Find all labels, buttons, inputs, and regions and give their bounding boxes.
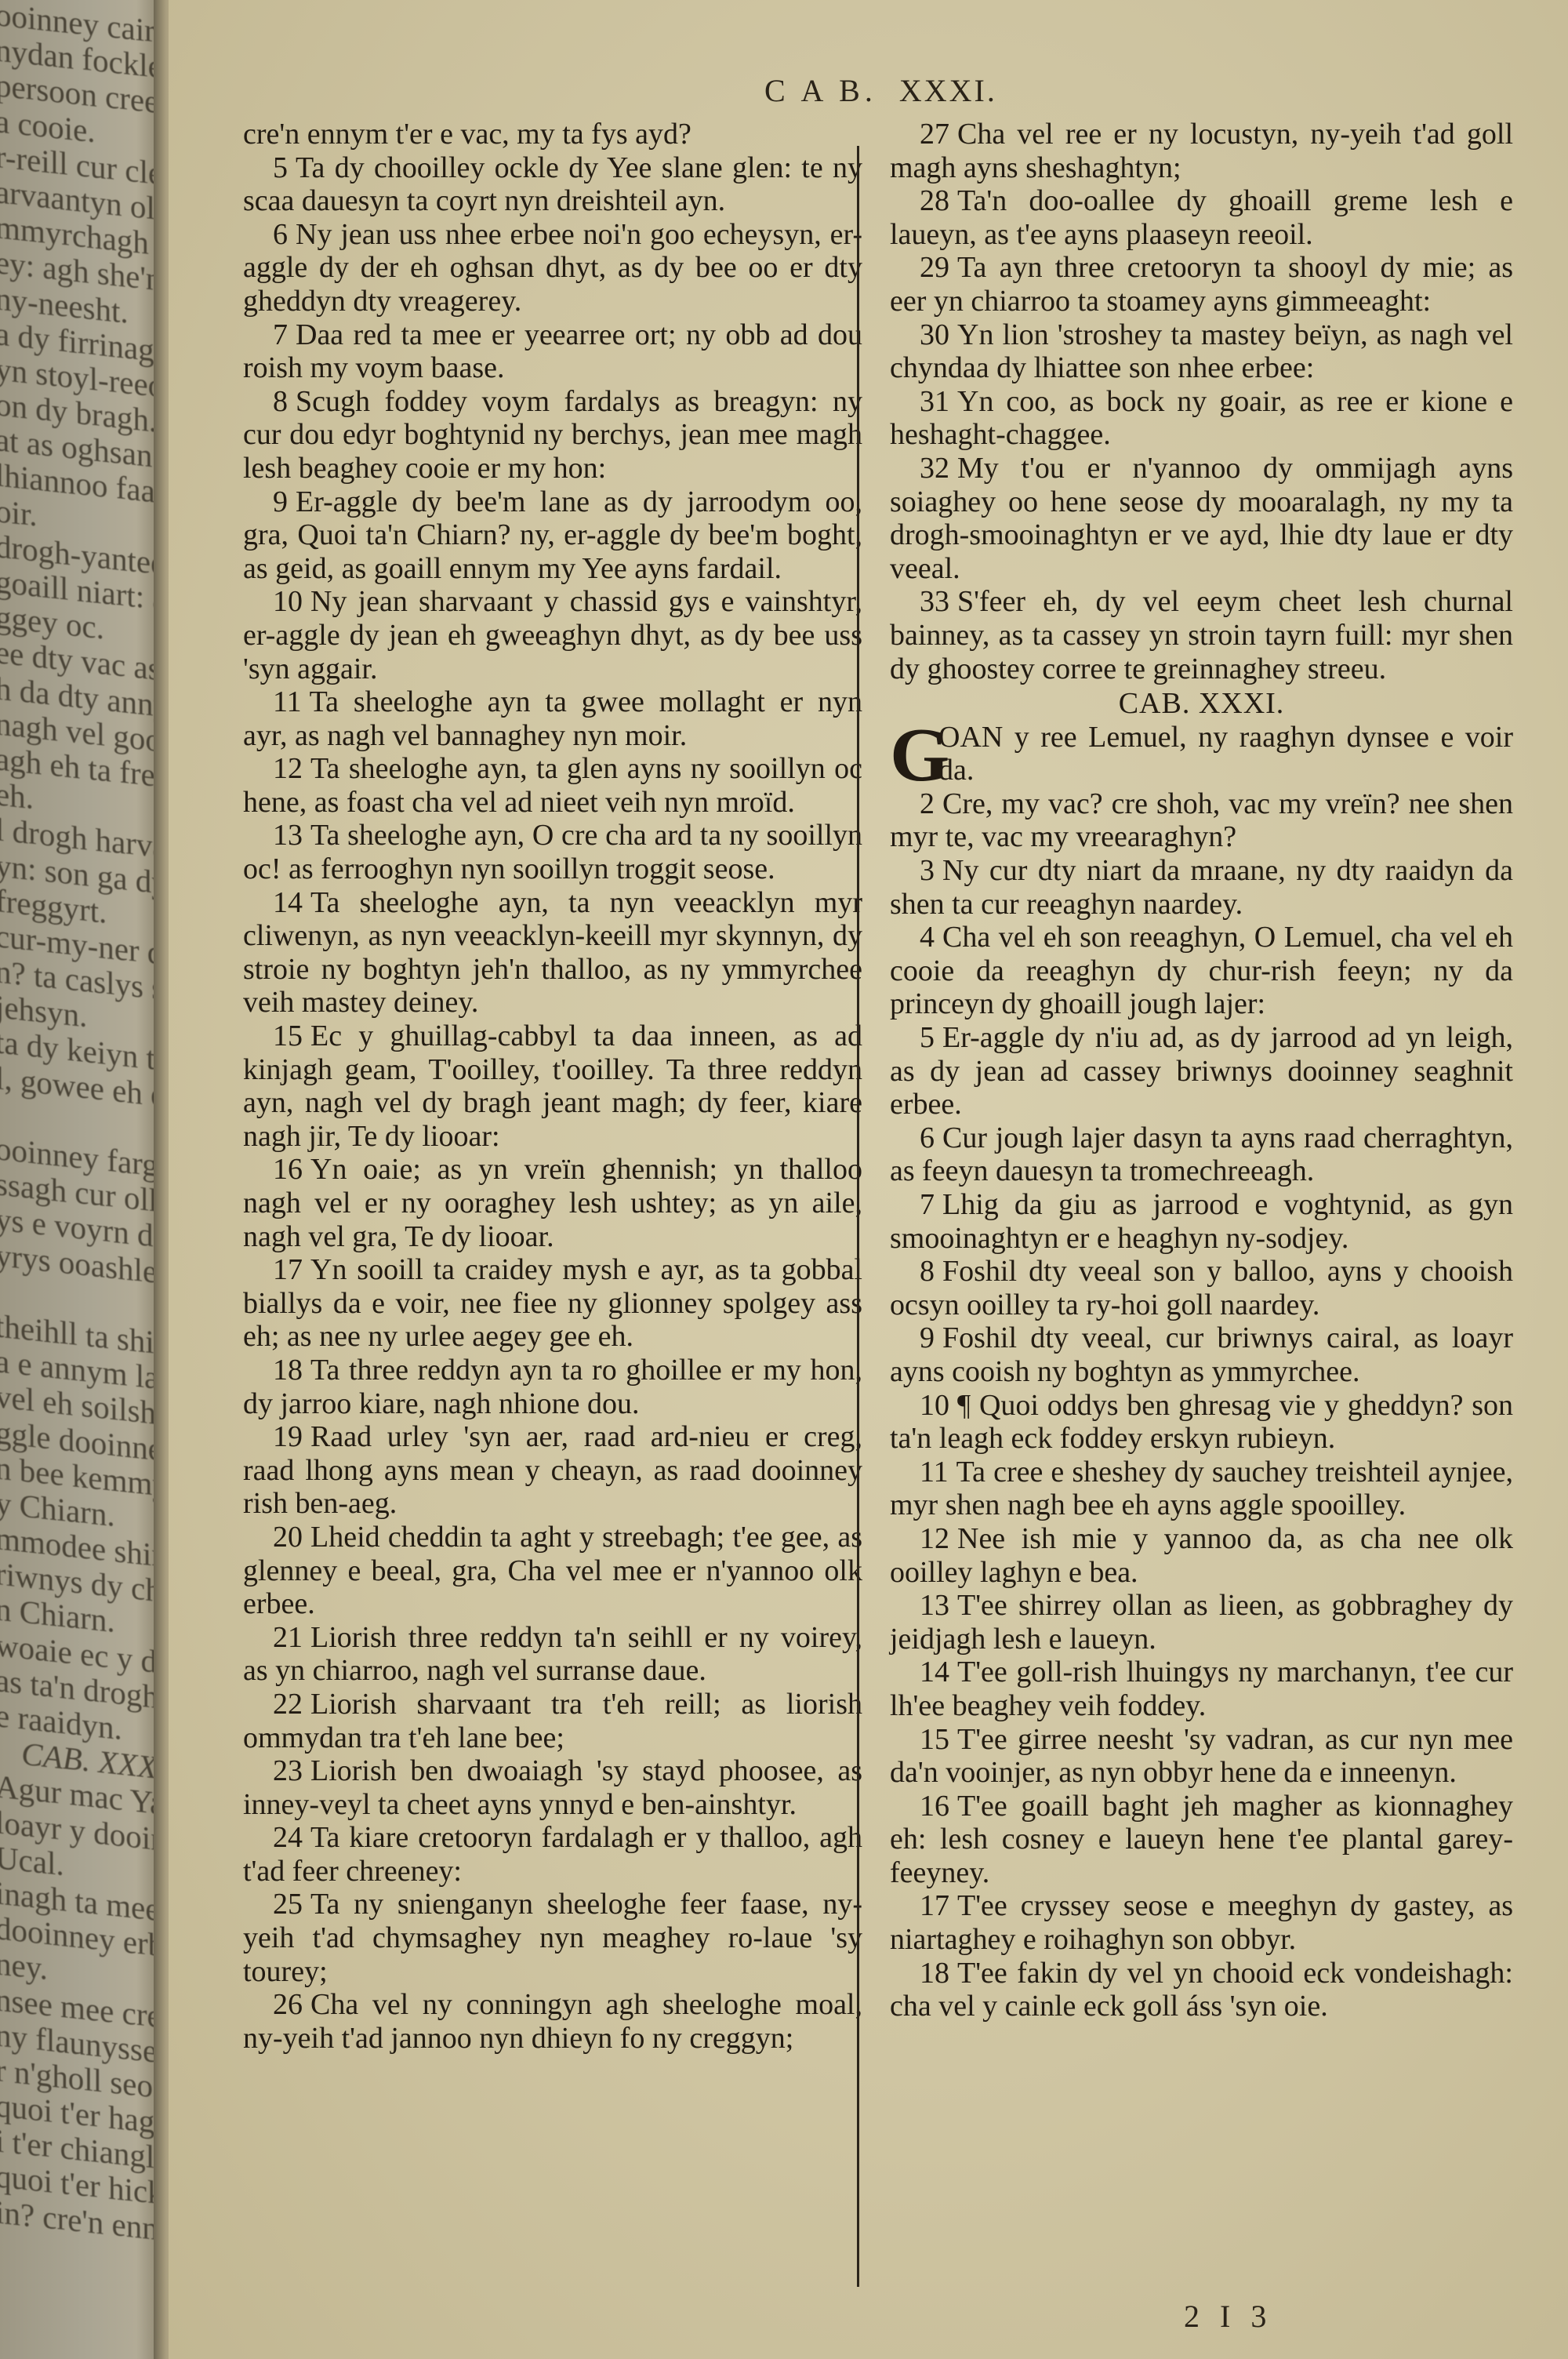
verse-text: T'ee girree neesht 'sy vadran, as cur ny… bbox=[890, 1723, 1513, 1790]
verse-text: Ta kiare cretooryn fardalagh er y thallo… bbox=[243, 1821, 862, 1888]
verse: 21Liorish three reddyn ta'n seihll er ny… bbox=[243, 1621, 862, 1688]
verse-number: 10 bbox=[273, 585, 303, 618]
verse-number: 31 bbox=[920, 385, 949, 418]
verse-number: 32 bbox=[920, 452, 949, 485]
facing-page-text: ooinney cairal shnydan fockley magh ooil… bbox=[0, 0, 161, 2248]
verse: 17Yn sooill ta craidey mysh e ayr, as ta… bbox=[243, 1253, 862, 1354]
verse-text: T'ee fakin dy vel yn chooid eck vondeish… bbox=[890, 1957, 1513, 2023]
verse: 6Ny jean uss nhee erbee noi'n goo echeys… bbox=[243, 218, 862, 318]
verse: 27Cha vel ree er ny locustyn, ny-yeih t'… bbox=[890, 118, 1513, 184]
verse-text: Yn lion 'stroshey ta mastey beïyn, as na… bbox=[890, 318, 1513, 385]
verse-text: T'ee goll-rish lhuingys ny marchanyn, t'… bbox=[890, 1656, 1513, 1722]
verse-number: 29 bbox=[920, 251, 949, 284]
verse: 12Nee ish mie y yannoo da, as cha nee ol… bbox=[890, 1522, 1513, 1589]
verse: 14Ta sheeloghe ayn, ta nyn veeacklyn myr… bbox=[243, 886, 862, 1020]
verse-number: 20 bbox=[273, 1521, 303, 1554]
verse-number: 14 bbox=[920, 1656, 949, 1688]
verse-number: 17 bbox=[920, 1889, 949, 1922]
verse-text: Daa red ta mee er yeearree ort; ny obb a… bbox=[243, 318, 862, 385]
verse: 9Foshil dty veeal, cur briwnys cairal, a… bbox=[890, 1321, 1513, 1388]
verse: 7Lhig da giu as jarrood e voghtynid, as … bbox=[890, 1188, 1513, 1255]
verse-text: T'ee shirrey ollan as lieen, as gobbragh… bbox=[890, 1589, 1513, 1656]
verse: 23Liorish ben dwoaiagh 'sy stayd phoosee… bbox=[243, 1754, 862, 1821]
verse: 18Ta three reddyn ayn ta ro ghoillee er … bbox=[243, 1354, 862, 1420]
verse-number: 23 bbox=[273, 1754, 303, 1787]
verse-text: Cre, my vac? cre shoh, vac my vreïn? nee… bbox=[890, 787, 1513, 854]
verse-number: 3 bbox=[920, 854, 935, 887]
verse-number: 9 bbox=[920, 1321, 935, 1354]
verse: 3Ny cur dty niart da mraane, ny dty raai… bbox=[890, 854, 1513, 921]
verse: 2Cre, my vac? cre shoh, vac my vreïn? ne… bbox=[890, 787, 1513, 854]
verse: cre'n ennym t'er e vac, my ta fys ayd? bbox=[243, 118, 862, 151]
verse-number: 27 bbox=[920, 118, 949, 151]
running-head-chapter: XXXI. bbox=[899, 73, 997, 108]
verse: 20Lheid cheddin ta aght y streebagh; t'e… bbox=[243, 1521, 862, 1621]
verse: 14T'ee goll-rish lhuingys ny marchanyn, … bbox=[890, 1656, 1513, 1722]
chapter-opening-verse: GOAN y ree Lemuel, ny raaghyn dynsee e v… bbox=[890, 721, 1513, 787]
verse-text: Foshil dty veeal, cur briwnys cairal, as… bbox=[890, 1321, 1513, 1388]
verse-text: Ny jean uss nhee erbee noi'n goo echeysy… bbox=[243, 218, 862, 318]
verse-text: My t'ou er n'yannoo dy ommijagh ayns soi… bbox=[890, 452, 1513, 585]
verse: 10¶ Quoi oddys ben ghresag vie y gheddyn… bbox=[890, 1389, 1513, 1456]
verse-number: 26 bbox=[273, 1988, 303, 2021]
verse-number: 14 bbox=[273, 886, 303, 919]
verse: 10Ny jean sharvaant y chassid gys e vain… bbox=[243, 585, 862, 685]
verse-number: 10 bbox=[920, 1389, 949, 1422]
verse-text: Raad urley 'syn aer, raad ard-nieu er cr… bbox=[243, 1420, 862, 1520]
verse-text: ¶ Quoi oddys ben ghresag vie y gheddyn? … bbox=[890, 1389, 1513, 1456]
verse-number: 17 bbox=[273, 1253, 303, 1286]
verse-number: 12 bbox=[273, 752, 303, 785]
verse-text: T'ee cryssey seose e meeghyn dy gastey, … bbox=[890, 1889, 1513, 1956]
running-head: C A B.XXXI. bbox=[764, 72, 997, 109]
right-column: 27Cha vel ree er ny locustyn, ny-yeih t'… bbox=[890, 118, 1513, 2023]
verse-number: 16 bbox=[920, 1790, 949, 1823]
verses-chapter-31: 2Cre, my vac? cre shoh, vac my vreïn? ne… bbox=[890, 787, 1513, 2023]
verse-number: 15 bbox=[920, 1723, 949, 1756]
verse-number: 13 bbox=[273, 819, 303, 852]
verse: 5Ta dy chooilley ockle dy Yee slane glen… bbox=[243, 151, 862, 218]
verse: 7Daa red ta mee er yeearree ort; ny obb … bbox=[243, 318, 862, 385]
verse-text: Ny jean sharvaant y chassid gys e vainsh… bbox=[243, 585, 862, 685]
verse: 25Ta ny snienganyn sheeloghe feer faase,… bbox=[243, 1888, 862, 1988]
verse-number: 18 bbox=[273, 1354, 303, 1387]
facing-page: ooinney cairal shnydan fockley magh ooil… bbox=[0, 0, 161, 2359]
verse-text: Liorish sharvaant tra t'eh reill; as lio… bbox=[243, 1688, 862, 1754]
verses-chapter-30-end: 27Cha vel ree er ny locustyn, ny-yeih t'… bbox=[890, 118, 1513, 685]
verse-text: Cur jough lajer dasyn ta ayns raad cherr… bbox=[890, 1121, 1513, 1188]
verse-text: Lheid cheddin ta aght y streebagh; t'ee … bbox=[243, 1521, 862, 1620]
verse-number: 8 bbox=[920, 1255, 935, 1288]
verse-number: 22 bbox=[273, 1688, 303, 1721]
verse-text: Ta sheeloghe ayn, O cre cha ard ta ny so… bbox=[243, 819, 862, 885]
verse-text: Lhig da giu as jarrood e voghtynid, as g… bbox=[890, 1188, 1513, 1255]
drop-cap: G bbox=[890, 722, 949, 788]
verse-number: 19 bbox=[273, 1420, 303, 1453]
verse: 4Cha vel eh son reeaghyn, O Lemuel, cha … bbox=[890, 921, 1513, 1021]
verse-number: 24 bbox=[273, 1821, 303, 1854]
verse-text: Foshil dty veeal son y balloo, ayns y ch… bbox=[890, 1255, 1513, 1321]
verse-number: 33 bbox=[920, 585, 949, 618]
verse-text: Scugh foddey voym fardalys as breagyn: n… bbox=[243, 385, 862, 485]
verse: 11Ta cree e sheshey dy sauchey treishtei… bbox=[890, 1456, 1513, 1522]
verse-number: 7 bbox=[273, 318, 288, 351]
page-number: 2 I 3 bbox=[1184, 2298, 1272, 2335]
verse: 16Yn oaie; as yn vreïn ghennish; yn thal… bbox=[243, 1153, 862, 1253]
verse-text: Ta'n doo-oallee dy ghoaill greme lesh e … bbox=[890, 184, 1513, 251]
verse-text: Ta sheeloghe ayn, ta glen ayns ny sooill… bbox=[243, 752, 862, 819]
verse: 18T'ee fakin dy vel yn chooid eck vondei… bbox=[890, 1957, 1513, 2023]
verse-text: Cha vel ny conningyn agh sheeloghe moal,… bbox=[243, 1988, 862, 2055]
column-rule bbox=[857, 146, 859, 2287]
verse: 11Ta sheeloghe ayn ta gwee mollaght er n… bbox=[243, 685, 862, 752]
verse-number: 13 bbox=[920, 1589, 949, 1622]
verse-number: 5 bbox=[920, 1021, 935, 1054]
verse-number: 21 bbox=[273, 1621, 303, 1654]
verse-number: 6 bbox=[273, 218, 288, 251]
verse-number: 5 bbox=[273, 151, 288, 184]
verse: 13T'ee shirrey ollan as lieen, as gobbra… bbox=[890, 1589, 1513, 1656]
verse: 9Er-aggle dy bee'm lane as dy jarroodym … bbox=[243, 485, 862, 586]
verse-text: Ta sheeloghe ayn, ta nyn veeacklyn myr c… bbox=[243, 886, 862, 1020]
verse-number: 15 bbox=[273, 1020, 303, 1052]
verse-number: 11 bbox=[273, 685, 302, 718]
verse-text: Nee ish mie y yannoo da, as cha nee olk … bbox=[890, 1522, 1513, 1589]
left-column: cre'n ennym t'er e vac, my ta fys ayd?5T… bbox=[243, 118, 862, 2055]
book-page: C A B.XXXI. cre'n ennym t'er e vac, my t… bbox=[169, 0, 1568, 2359]
verse: 6Cur jough lajer dasyn ta ayns raad cher… bbox=[890, 1121, 1513, 1188]
verse: 28Ta'n doo-oallee dy ghoaill greme lesh … bbox=[890, 184, 1513, 251]
verse-text: Ta sheeloghe ayn ta gwee mollaght er nyn… bbox=[243, 685, 862, 752]
verse-text: Liorish three reddyn ta'n seihll er ny v… bbox=[243, 1621, 862, 1688]
verse-text: Er-aggle dy bee'm lane as dy jarroodym o… bbox=[243, 485, 862, 585]
verse-text: Ec y ghuillag-cabbyl ta daa inneen, as a… bbox=[243, 1020, 862, 1153]
verse-text: Er-aggle dy n'iu ad, as dy jarrood ad yn… bbox=[890, 1021, 1513, 1121]
verse-number: 25 bbox=[273, 1888, 303, 1921]
verse: 29Ta ayn three cretooryn ta shooyl dy mi… bbox=[890, 251, 1513, 318]
verse-text: S'feer eh, dy vel eeym cheet lesh churna… bbox=[890, 585, 1513, 685]
verse: 13Ta sheeloghe ayn, O cre cha ard ta ny … bbox=[243, 819, 862, 885]
verse: 8Scugh foddey voym fardalys as breagyn: … bbox=[243, 385, 862, 485]
verse: 15Ec y ghuillag-cabbyl ta daa inneen, as… bbox=[243, 1020, 862, 1153]
verse-number: 12 bbox=[920, 1522, 949, 1555]
verse: 8Foshil dty veeal son y balloo, ayns y c… bbox=[890, 1255, 1513, 1321]
verse-number: 28 bbox=[920, 184, 949, 217]
verse-text: T'ee goaill baght jeh magher as kionnagh… bbox=[890, 1790, 1513, 1889]
verse-number: 6 bbox=[920, 1121, 935, 1154]
verse: 30Yn lion 'stroshey ta mastey beïyn, as … bbox=[890, 318, 1513, 385]
verse: 22Liorish sharvaant tra t'eh reill; as l… bbox=[243, 1688, 862, 1754]
verse-text: Cha vel ree er ny locustyn, ny-yeih t'ad… bbox=[890, 118, 1513, 184]
verse: 16T'ee goaill baght jeh magher as kionna… bbox=[890, 1790, 1513, 1890]
verse: 17T'ee cryssey seose e meeghyn dy gastey… bbox=[890, 1889, 1513, 1956]
verse-number: 7 bbox=[920, 1188, 935, 1221]
verse: 26Cha vel ny conningyn agh sheeloghe moa… bbox=[243, 1988, 862, 2055]
verse-number: 30 bbox=[920, 318, 949, 351]
opening-text: OAN y ree Lemuel, ny raaghyn dynsee e vo… bbox=[938, 721, 1513, 787]
verse-text: Liorish ben dwoaiagh 'sy stayd phoosee, … bbox=[243, 1754, 862, 1821]
verse-text: Yn sooill ta craidey mysh e ayr, as ta g… bbox=[243, 1253, 862, 1353]
verse-text: Ta dy chooilley ockle dy Yee slane glen:… bbox=[243, 151, 862, 218]
verse: 15T'ee girree neesht 'sy vadran, as cur … bbox=[890, 1723, 1513, 1790]
verse-text: Yn oaie; as yn vreïn ghennish; yn thallo… bbox=[243, 1153, 862, 1252]
verse-text: cre'n ennym t'er e vac, my ta fys ayd? bbox=[243, 118, 691, 151]
verse-number: 18 bbox=[920, 1957, 949, 1990]
verse: 32My t'ou er n'yannoo dy ommijagh ayns s… bbox=[890, 452, 1513, 585]
verse-text: Cha vel eh son reeaghyn, O Lemuel, cha v… bbox=[890, 921, 1513, 1020]
verse: 5Er-aggle dy n'iu ad, as dy jarrood ad y… bbox=[890, 1021, 1513, 1121]
verse: 19Raad urley 'syn aer, raad ard-nieu er … bbox=[243, 1420, 862, 1521]
verse-text: Ta ny snienganyn sheeloghe feer faase, n… bbox=[243, 1888, 862, 1987]
verse-text: Ny cur dty niart da mraane, ny dty raaid… bbox=[890, 854, 1513, 921]
verse-text: Ta three reddyn ayn ta ro ghoillee er my… bbox=[243, 1354, 862, 1420]
running-head-label: C A B. bbox=[764, 73, 877, 108]
verse: 33S'feer eh, dy vel eeym cheet lesh chur… bbox=[890, 585, 1513, 685]
verse-number: 8 bbox=[273, 385, 288, 418]
verse: 31Yn coo, as bock ny goair, as ree er ki… bbox=[890, 385, 1513, 452]
verse-text: Ta cree e sheshey dy sauchey treishteil … bbox=[890, 1456, 1513, 1522]
verse-text: Ta ayn three cretooryn ta shooyl dy mie;… bbox=[890, 251, 1513, 318]
verse-number: 9 bbox=[273, 485, 288, 518]
verse-number: 16 bbox=[273, 1153, 303, 1186]
verse-text: Yn coo, as bock ny goair, as ree er kion… bbox=[890, 385, 1513, 452]
chapter-heading: CAB. XXXI. bbox=[890, 687, 1513, 721]
verse-number: 11 bbox=[920, 1456, 949, 1488]
verse: 12Ta sheeloghe ayn, ta glen ayns ny sooi… bbox=[243, 752, 862, 819]
verse: 24Ta kiare cretooryn fardalagh er y thal… bbox=[243, 1821, 862, 1888]
verse-number: 4 bbox=[920, 921, 935, 954]
